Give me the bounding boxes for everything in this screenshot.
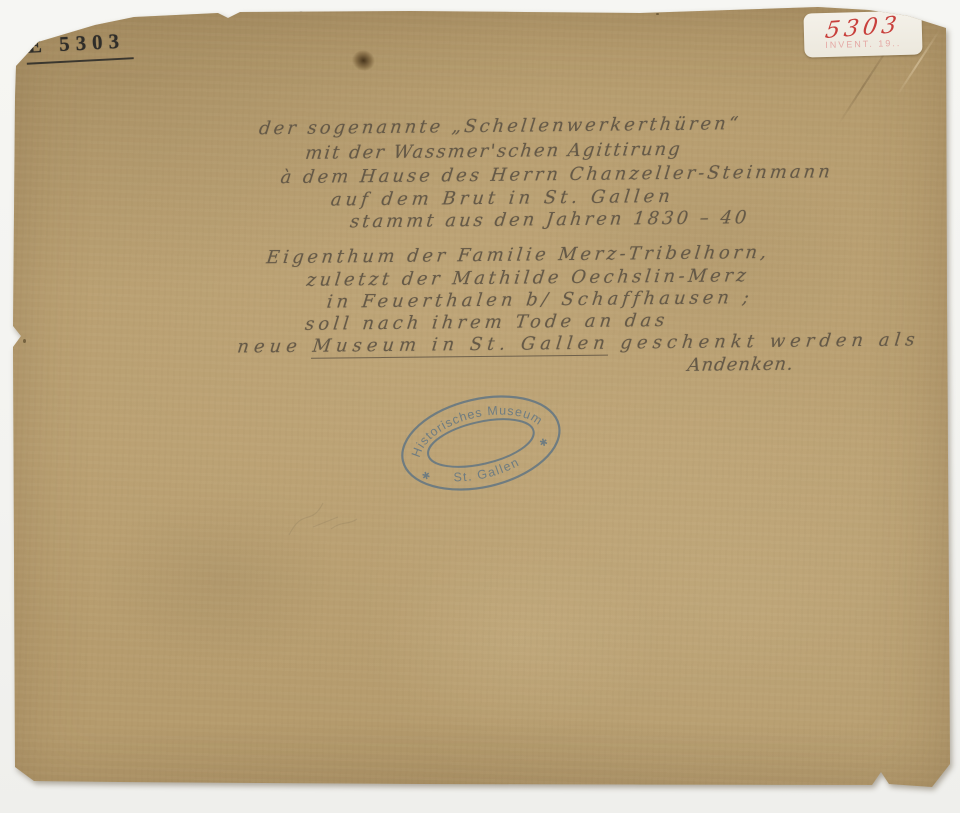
svg-text:St. Gallen: St. Gallen [450, 454, 523, 488]
handwriting-line: mit der Wassmer'schen Agittirung [304, 139, 683, 164]
handwriting-segment: neue [236, 336, 314, 358]
stamp-star-icon: ✱ [421, 470, 432, 483]
paper-card: E 5303 5303 INVENT. 19.. der sogenannte … [0, 0, 960, 813]
handwriting-segment: geschenkt werden als [609, 329, 921, 353]
stamp-star-icon: ✱ [538, 437, 549, 450]
handwriting-line: soll nach ihrem Tode an das [304, 310, 670, 335]
handwriting-line: à dem Hause des Herrn Chanzeller-Steinma… [279, 161, 834, 188]
handwriting-line: Andenken. [686, 354, 795, 376]
handwriting-line: in Feuerthalen b/ Schaffhausen ; [326, 287, 754, 312]
handwriting-underlined-segment: Museum in St. Gallen [311, 333, 611, 359]
handwriting-line: auf dem Brut in St. Gallen [330, 186, 675, 211]
pencil-mark [283, 493, 373, 548]
handwriting-line: der sogenannte „Schellenwerkerthüren“ [258, 113, 742, 139]
stamp-text-bottom: St. Gallen [450, 454, 523, 488]
handwriting-line: stammt aus den Jahren 1830 – 40 [349, 207, 751, 232]
paper-speck [299, 9, 303, 12]
handwriting-line: Eigenthum der Familie Merz-Tribelhorn, [265, 242, 771, 268]
paper-card-wrap: E 5303 5303 INVENT. 19.. der sogenannte … [0, 0, 960, 813]
